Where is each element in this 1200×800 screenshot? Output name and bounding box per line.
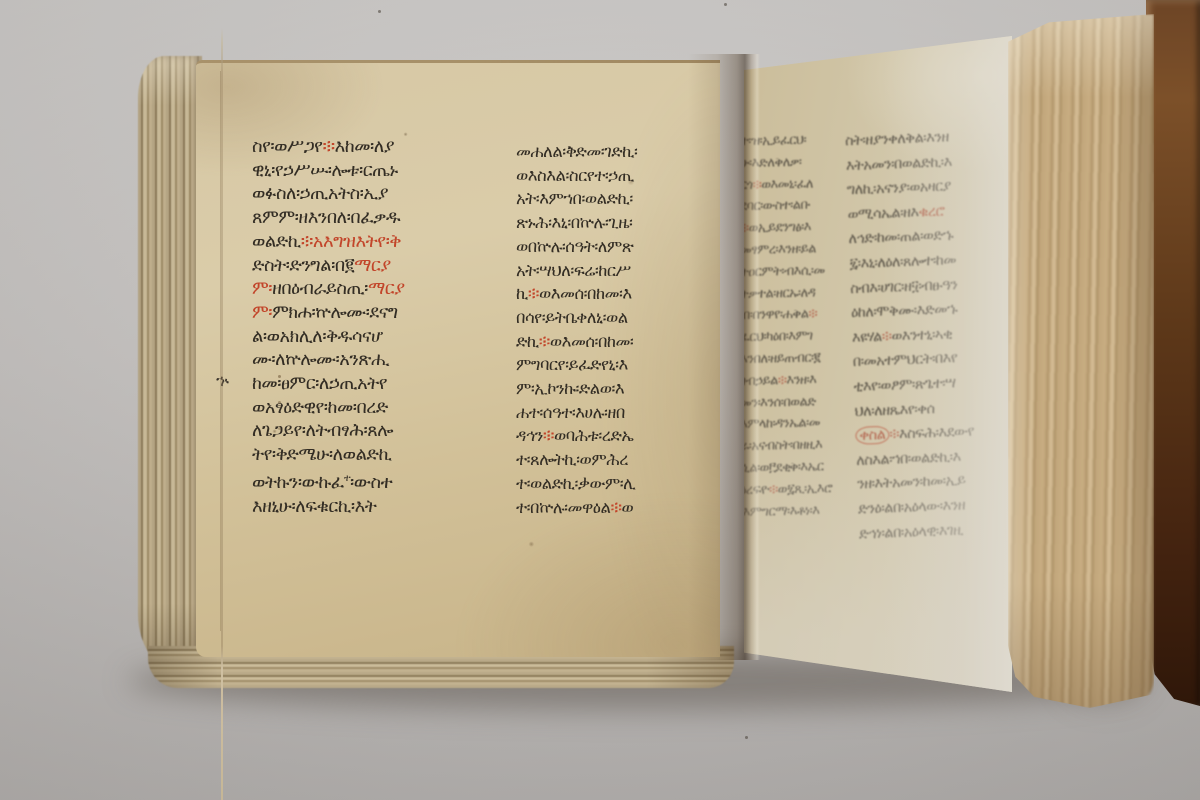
text-line: ትየ፡ቅድሜሁ፡ለወልድኪ bbox=[252, 443, 502, 467]
text-line: ም፡ዘበዕብራይስጢ፡ማርያ bbox=[252, 277, 502, 301]
text-segment: ወትኩን፡ውኩፈ bbox=[252, 472, 344, 493]
text-segment: እከመ፡ለያ bbox=[335, 136, 395, 157]
text-segment: ም፡ኢኮንኩ፡ድልወ፡እ bbox=[516, 379, 624, 398]
photo-of-open-manuscript: ኍ ስየ፡ወሥጋየ፨እከመ፡ለያዊኒ፡የኃሥሡ፡ሎቱ፡ርጤኑወፉስለ፡ኃጢአትስ… bbox=[0, 0, 1200, 800]
text-segment: ሐተ፡ሰዓተ፡እሀሉ፡ዘበ bbox=[516, 403, 625, 422]
dust-speck bbox=[724, 3, 727, 6]
gutter-shadow bbox=[688, 54, 760, 660]
text-segment: ወእመሰ፡በከመ፡እ bbox=[539, 284, 632, 303]
text-line: ም፡ምክሐ፡ኵሎሙ፡ደናግ bbox=[252, 301, 502, 325]
text-line: ወአፃዕድዊየ፡ከመ፡በረድ bbox=[252, 396, 502, 420]
text-segment: ወአፃዕድዊየ፡ከመ፡በረድ bbox=[252, 397, 388, 418]
text-segment: ጽኑሕ፡እኒ፡በኵሉ፡ጊዜ፡ bbox=[516, 213, 632, 232]
text-segment: ኪ bbox=[516, 284, 528, 303]
left-page-column-1: ስየ፡ወሥጋየ፨እከመ፡ለያዊኒ፡የኃሥሡ፡ሎቱ፡ርጤኑወፉስለ፡ኃጢአትስ፡ኢ… bbox=[252, 135, 502, 518]
text-segment: ወእስእል፡ስርየተ፡ኃጢ bbox=[516, 166, 634, 185]
text-segment: አት፡ሣህለ፡ፍሬ፡ከርሥ bbox=[516, 261, 631, 280]
text-segment: እዘኒሁ፡ለፍቁርኪ፡እት bbox=[252, 496, 376, 517]
text-segment: ም፡ bbox=[252, 302, 272, 323]
text-line: ወትኩን፡ውኩፈተ፡ውስተ bbox=[252, 467, 502, 495]
text-segment: ወእመሰ፡በከመ፡ bbox=[550, 332, 633, 351]
fore-edge-page-stack bbox=[1008, 14, 1154, 708]
text-line: ድስት፡ድንግል፡በ፪ማርያ bbox=[252, 254, 502, 278]
text-segment: ወበኵሉ፡ሰዓት፡ለምጽ bbox=[516, 237, 633, 256]
text-segment: ማርያ bbox=[368, 278, 405, 299]
text-segment: ማርያ bbox=[354, 255, 391, 276]
text-segment: ስየ፡ወሥጋየ bbox=[252, 136, 322, 157]
text-segment: ለጌጋይየ፡ለትብፃሕ፡ጸሎ bbox=[252, 420, 393, 441]
text-segment: ትየ፡ቅድሜሁ፡ለወልድኪ bbox=[252, 444, 391, 465]
text-segment: በሳየ፡ይትቤቀለኒ፡ወል bbox=[516, 308, 628, 327]
right-page: ተ፡ዝ፡ኢይፈርህ፡ሁ፡እድለቅለቃ፡ርጎ፨ወእመኒ፡ፈለደባር፡ውስተ፡ልቡ፨… bbox=[744, 36, 1012, 692]
text-line: ለጌጋይየ፡ለትብፃሕ፡ጸሎ bbox=[252, 419, 502, 443]
leather-cover bbox=[1146, 0, 1200, 706]
dust-speck bbox=[745, 736, 748, 739]
text-segment: መሐለል፡ቅድመ፡ገድኪ፡ bbox=[516, 142, 637, 161]
text-segment: ወ bbox=[622, 498, 634, 517]
text-segment: ፨ bbox=[543, 426, 554, 445]
text-line: ወልድኪ፨አእግዝእትየ፡ቅ bbox=[252, 230, 502, 254]
text-line: ል፡ወአክሊለ፡ቅዱሳናሆ bbox=[252, 325, 502, 349]
text-segment: ተ፡ጸሎትኪ፡ወምሕረ bbox=[516, 450, 628, 469]
text-line: ዊኒ፡የኃሥሡ፡ሎቱ፡ርጤኑ bbox=[252, 159, 502, 183]
text-segment: ከመ፡ፀምር፡ለኃጢአትየ bbox=[252, 373, 387, 394]
text-segment: ምግባርየ፡ይፈድየኒ፡እ bbox=[516, 355, 628, 374]
text-segment: ዊኒ፡የኃሥሡ፡ሎቱ፡ርጤኑ bbox=[252, 160, 398, 181]
text-segment: አት፡እምኀበ፡ወልድኪ፡ bbox=[516, 189, 633, 208]
text-segment: ድስት፡ድንግል፡በ፪ bbox=[252, 255, 354, 276]
text-line: እዘኒሁ፡ለፍቁርኪ፡እት bbox=[252, 495, 502, 519]
text-line: ወፉስለ፡ኃጢአትስ፡ኢያ bbox=[252, 182, 502, 206]
bookmark-thread bbox=[221, 28, 223, 800]
text-segment: ም፡ bbox=[252, 278, 272, 299]
text-line: ከመ፡ፀምር፡ለኃጢአትየ bbox=[252, 372, 502, 396]
left-page: ኍ ስየ፡ወሥጋየ፨እከመ፡ለያዊኒ፡የኃሥሡ፡ሎቱ፡ርጤኑወፉስለ፡ኃጢአትስ… bbox=[196, 60, 720, 657]
text-segment: ፨ bbox=[528, 284, 539, 303]
text-line: ሙ፡ለኵሎሙ፡አንጽሒ bbox=[252, 348, 502, 372]
text-line: ጸምም፡ዘእንበለ፡በፈቃዱ bbox=[252, 206, 502, 230]
text-segment: ተ፡ወልድኪ፡ቃውም፡ሊ bbox=[516, 474, 635, 493]
text-segment: ል፡ወአክሊለ፡ቅዱሳናሆ bbox=[252, 326, 383, 347]
dust-speck bbox=[378, 10, 381, 13]
text-segment: ወልድኪ bbox=[252, 231, 301, 252]
text-segment: ሙ፡ለኵሎሙ፡አንጽሒ bbox=[252, 349, 389, 370]
text-segment: ምክሐ፡ኵሎሙ፡ደናግ bbox=[272, 302, 398, 323]
text-segment: ወፉስለ፡ኃጢአትስ፡ኢያ bbox=[252, 183, 388, 204]
text-segment: ዳኅን bbox=[516, 426, 543, 445]
text-segment: ፨አእግዝእትየ፡ቅ bbox=[301, 231, 401, 252]
text-segment: ወባሕቱ፡ረድኤ bbox=[554, 426, 633, 445]
text-segment: ፨ bbox=[539, 332, 550, 351]
translucent-haze bbox=[744, 36, 1012, 692]
text-segment: ድኪ bbox=[516, 332, 539, 351]
text-line: ስየ፡ወሥጋየ፨እከመ፡ለያ bbox=[252, 135, 502, 159]
text-segment: ዘበዕብራይስጢ፡ bbox=[272, 278, 368, 299]
text-segment: ፡ውስተ bbox=[350, 472, 392, 493]
text-segment: ተ፡በኵሉ፡መዋዕል bbox=[516, 498, 610, 517]
text-segment: ጸምም፡ዘእንበለ፡በፈቃዱ bbox=[252, 207, 400, 228]
text-segment: ፨ bbox=[322, 136, 334, 157]
left-page-edges bbox=[138, 56, 202, 678]
text-segment: ፨ bbox=[610, 498, 621, 517]
